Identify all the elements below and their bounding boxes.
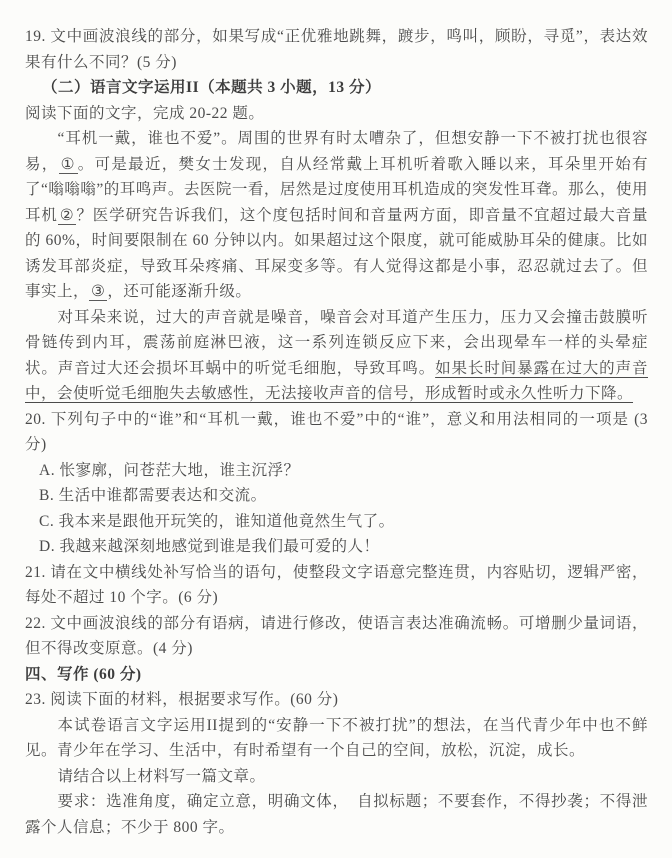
fill-in-blank-3: ③ (89, 283, 107, 301)
question-23-stem: 23. 阅读下面的材料，根据要求写作。(60 分) (25, 687, 648, 713)
question-20-option-b: B. 生活中谁都需要表达和交流。 (25, 483, 648, 509)
section-heading-writing: 四、写作 (60 分) (25, 662, 648, 688)
reading-instruction: 阅读下面的文字，完成 20-22 题。 (25, 101, 648, 127)
fill-in-blank-2: ② (58, 207, 77, 225)
question-20-option-a: A. 怅寥廓，问苍茫大地，谁主沉浮？ (25, 458, 648, 484)
question-21: 21. 请在文中横线处补写恰当的语句，使整段文字语意完整连贯，内容贴切，逻辑严密… (25, 560, 648, 611)
passage-text: ，还可能逐渐升级。 (107, 283, 251, 300)
question-23-material: 本试卷语言文字运用II提到的“安静一下不被打扰”的想法，在当代青少年中也不鲜见。… (25, 713, 648, 764)
question-20-stem: 20. 下列句子中的“谁”和“耳机一戴，谁也不爱”中的“谁”，意义和用法相同的一… (25, 407, 648, 458)
question-19: 19. 文中画波浪线的部分，如果写成“正优雅地跳舞，踱步，鸣叫，顾盼，寻觅”，表… (25, 24, 648, 75)
passage-paragraph-2: 对耳朵来说，过大的声音就是噪音，噪音会对耳道产生压力，压力又会撞击鼓膜听骨链传到… (25, 305, 648, 407)
passage-paragraph-1: “耳机一戴，谁也不爱”。周围的世界有时太嘈杂了，但想安静一下不被打扰也很容易，①… (25, 126, 648, 305)
exam-paper-page: 19. 文中画波浪线的部分，如果写成“正优雅地跳舞，踱步，鸣叫，顾盼，寻觅”，表… (0, 0, 672, 858)
question-22: 22. 文中画波浪线的部分有语病，请进行修改，使语言表达准确流畅。可增删少量词语… (25, 611, 648, 662)
question-20-option-d: D. 我越来越深刻地感觉到谁是我们最可爱的人！ (25, 534, 648, 560)
question-20-option-c: C. 我本来是跟他开玩笑的，谁知道他竟然生气了。 (25, 509, 648, 535)
question-23-material-2: 请结合以上材料写一篇文章。 (25, 764, 648, 790)
question-23-requirements: 要求：选准角度，确定立意，明确文体， 自拟标题；不要套作，不得抄袭；不得泄露个人… (25, 789, 648, 840)
fill-in-blank-1: ① (59, 156, 78, 174)
section-heading-language-use-2: （二）语言文字运用II（本题共 3 小题，13 分） (25, 75, 648, 101)
